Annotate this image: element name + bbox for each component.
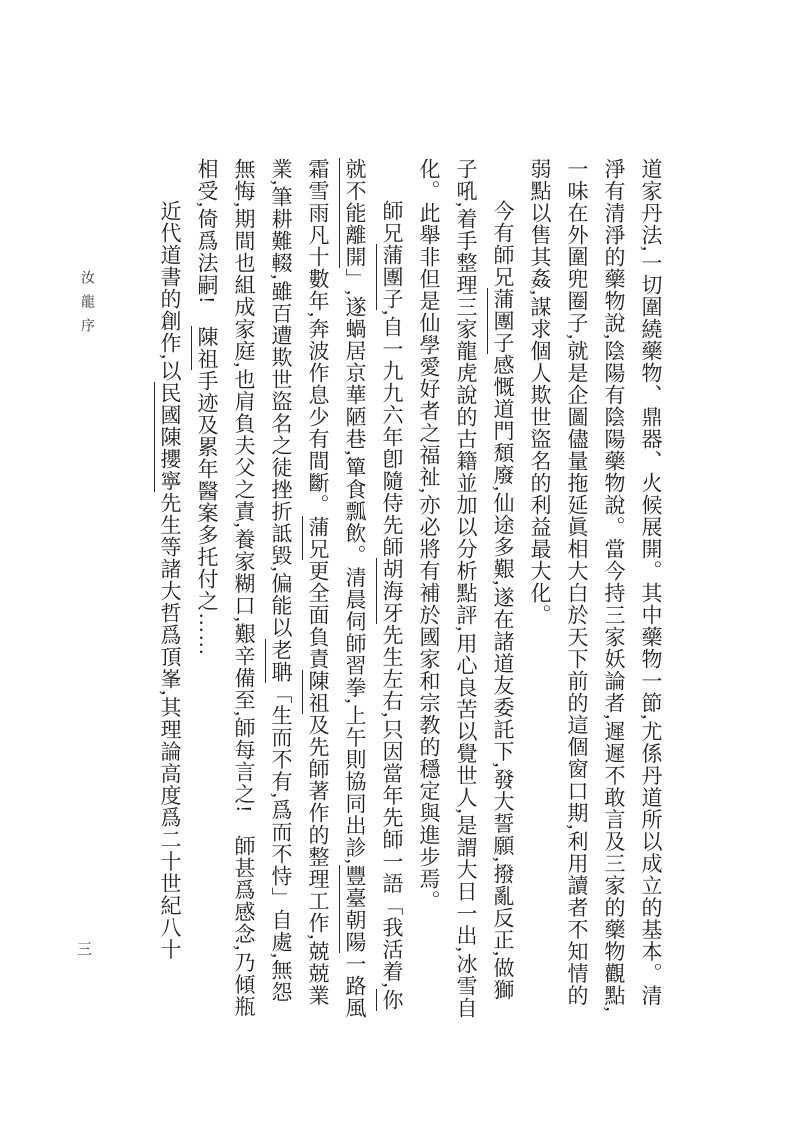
- proper-name-marked-text: 蒲團子: [487, 288, 515, 354]
- proper-name-marked-text: 老聃: [265, 639, 293, 683]
- text-run: 先生等諸大哲爲頂峯,其理論高度爲二十世紀八十: [158, 492, 182, 960]
- text-block: 道家丹法,一切圍繞藥物、鼎器、火候展開。其中藥物一節,尤係丹道所以成立的基本。清…: [59, 158, 669, 1022]
- text-run: 道家丹法,一切圍繞藥物、鼎器、火候展開。其中藥物一節,尤係丹道所以成立的基本。清…: [528, 158, 663, 1013]
- proper-name-marked-text: 朝陽: [339, 909, 367, 953]
- proper-name-marked-text: 蒲團子: [376, 244, 404, 310]
- text-run: 近代道書的創作,以: [158, 200, 182, 382]
- proper-name-marked-text: 民國: [154, 382, 182, 426]
- text-run: ,自一九九六年卽隨侍先師: [380, 310, 404, 558]
- text-run: 」,遂蝸居京華陋巷,簞食瓢飲。清晨伺師習拳,上午則協同出診,: [343, 268, 367, 865]
- text-run: 今有師兄: [491, 200, 515, 288]
- proper-name-marked-text: 蒲兄: [302, 516, 330, 560]
- page-number: 三: [77, 938, 92, 959]
- text-run: 更全面負責: [306, 560, 330, 670]
- proper-name-marked-text: 陳祖: [302, 670, 330, 714]
- proper-name-marked-text: 豐臺: [339, 865, 367, 909]
- paragraph: 今有師兄蒲團子感慨道門頹廢,仙途多艱,遂在諸道友委託下,發大誓願,撥亂反正,做獅…: [410, 158, 521, 1022]
- text-run: 先生左右,只因當年先師一語「我活着,: [380, 624, 404, 989]
- proper-name-marked-text: 陳攖寧: [154, 426, 182, 492]
- paragraph: 師兄蒲團子,自一九九六年卽隨侍先師胡海牙先生左右,只因當年先師一語「我活着,你就…: [188, 158, 410, 1022]
- paragraph: 道家丹法,一切圍繞藥物、鼎器、火候展開。其中藥物一節,尤係丹道所以成立的基本。清…: [521, 158, 669, 1022]
- text-run: 手迹及累年醫案多托付之……: [195, 370, 219, 656]
- proper-name-marked-text: 陳祖: [191, 326, 219, 370]
- proper-name-marked-text: 胡海牙: [376, 558, 404, 624]
- paragraph: 近代道書的創作,以民國陳攖寧先生等諸大哲爲頂峯,其理論高度爲二十世紀八十: [151, 158, 188, 1022]
- text-run: 師兄: [380, 200, 404, 244]
- book-page: 汝龍序 道家丹法,一切圍繞藥物、鼎器、火候展開。其中藥物一節,尤係丹道所以成立的…: [0, 0, 791, 1122]
